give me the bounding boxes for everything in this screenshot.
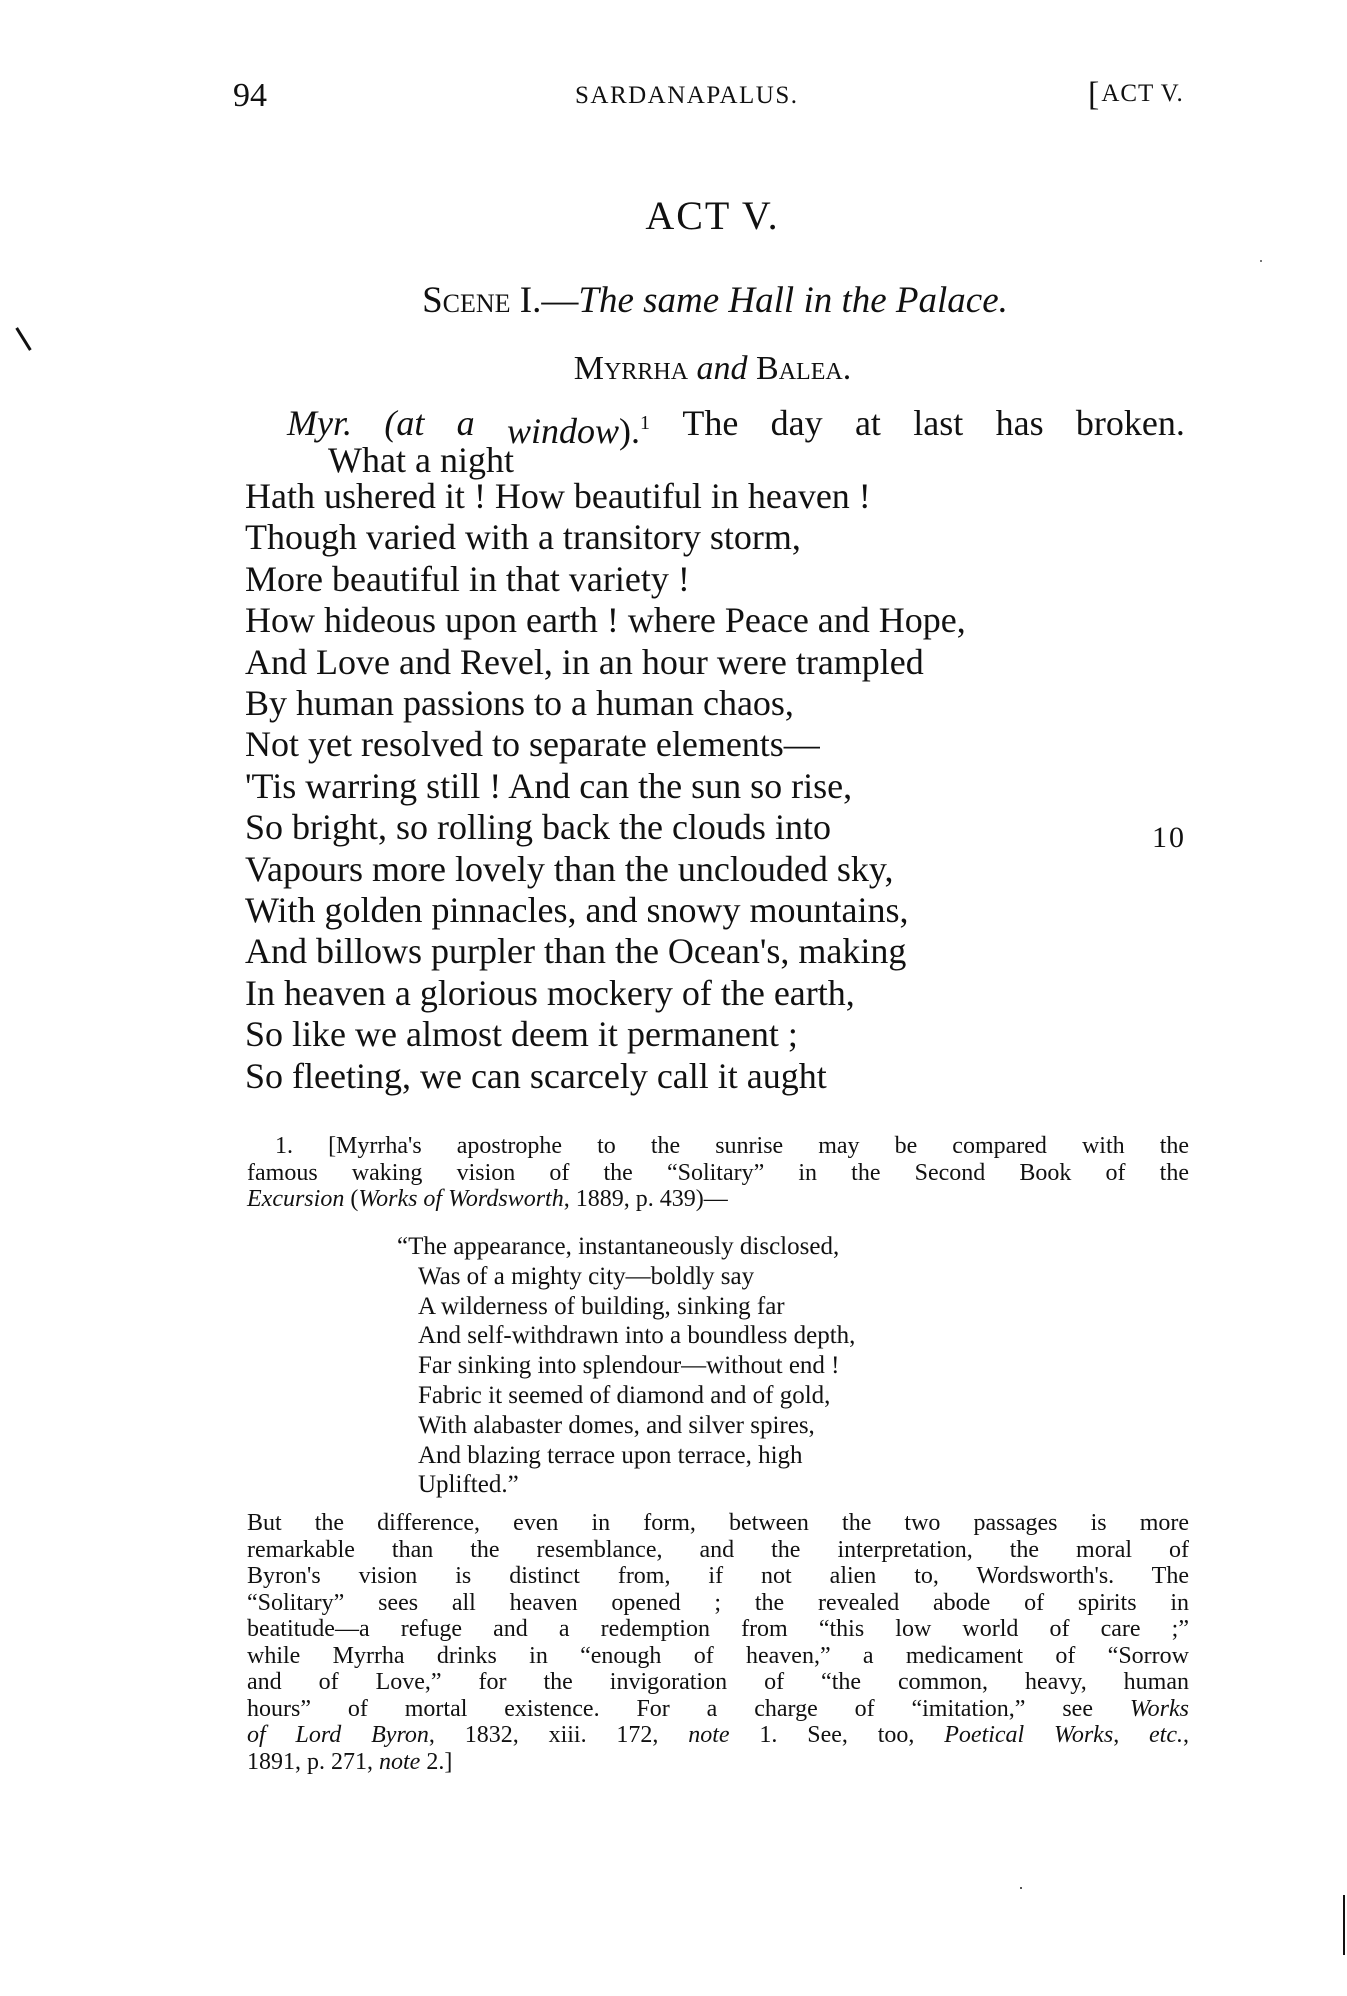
- footnote-number: 1.: [275, 1133, 293, 1159]
- verse-line: And billows purpler than the Ocean's, ma…: [245, 931, 906, 971]
- scene-label: Scene I.—: [422, 280, 578, 321]
- verse-word: has: [996, 403, 1044, 451]
- verse-word: day: [771, 403, 823, 451]
- page-number: 94: [233, 78, 267, 114]
- verse-line: In heaven a glorious mockery of the eart…: [245, 973, 855, 1013]
- line-number: 10: [1152, 818, 1186, 858]
- act-title: ACT V.: [0, 194, 1347, 238]
- verse-line: So fleeting, we can scarcely call it aug…: [245, 1056, 827, 1096]
- verse-line: Hath ushered it ! How beautiful in heave…: [245, 476, 871, 516]
- scan-speck: [1020, 1887, 1022, 1889]
- verse-line: And Love and Revel, in an hour were tram…: [245, 642, 924, 682]
- footnote-line: of Lord Byron, 1832, xiii. 172, note 1. …: [247, 1722, 1189, 1749]
- scene-setting: The same Hall in the Palace.: [578, 280, 1008, 321]
- footnote-line: while Myrrha drinks in “enough of heaven…: [247, 1643, 1189, 1670]
- characters-conjunction: and: [697, 350, 748, 387]
- verse-line: So like we almost deem it permanent ;: [245, 1014, 798, 1054]
- verse-line: How hideous upon earth ! where Peace and…: [245, 600, 966, 640]
- footnote-line: Byron's vision is distinct from, if not …: [247, 1563, 1189, 1590]
- footnote-quotation: “The appearance, instantaneously disclos…: [397, 1232, 855, 1500]
- verse-line: Vapours more lovely than the unclouded s…: [245, 849, 894, 889]
- quote-line: With alabaster domes, and silver spires,: [397, 1411, 855, 1441]
- verse-line: 'Tis warring still ! And can the sun so …: [245, 766, 852, 806]
- scan-edge-mark: [1343, 1895, 1345, 1955]
- scan-mark: [15, 327, 31, 351]
- scene-heading: Scene I.—The same Hall in the Palace.: [0, 280, 1347, 322]
- verse-line: Though varied with a transitory storm,: [245, 517, 801, 557]
- verse-line: More beautiful in that variety !: [245, 559, 690, 599]
- footnote-line: remarkable than the resemblance, and the…: [247, 1537, 1189, 1564]
- verse-line: By human passions to a human chaos,: [245, 683, 794, 723]
- running-act-label: ACT V.: [1101, 80, 1183, 107]
- characters-heading: Myrrha and Balea.: [0, 349, 1347, 389]
- footnote-reference[interactable]: 1: [640, 412, 650, 434]
- quote-line: Was of a mighty city—boldly say: [397, 1262, 855, 1292]
- footnote-line: beatitude—a refuge and a redemption from…: [247, 1616, 1189, 1643]
- verse-line: So bright, so rolling back the clouds in…: [245, 807, 831, 847]
- footnote-line: 1. [Myrrha's apostrophe to the sunrise m…: [247, 1133, 1189, 1160]
- quote-line: Uplifted.”: [397, 1470, 855, 1500]
- quote-line: Fabric it seemed of diamond and of gold,: [397, 1381, 855, 1411]
- quote-line: Far sinking into splendour—without end !: [397, 1351, 855, 1381]
- scan-speck: [1260, 260, 1262, 262]
- verse-word: The: [682, 403, 738, 451]
- character-balea: Balea.: [756, 350, 851, 387]
- verse-line: With golden pinnacles, and snowy mountai…: [245, 890, 908, 930]
- bracket: [: [1088, 76, 1100, 113]
- stage-direction-window: window).1: [507, 403, 650, 451]
- quote-line: And self-withdrawn into a boundless dept…: [397, 1321, 855, 1351]
- footnote-intro: 1. [Myrrha's apostrophe to the sunrise m…: [247, 1133, 1189, 1213]
- quote-line: A wilderness of building, sinking far: [397, 1292, 855, 1322]
- footnote-line: 1891, p. 271, note 2.]: [247, 1749, 1189, 1776]
- footnote-line: famous waking vision of the “Solitary” i…: [247, 1160, 1189, 1187]
- footnote-line: Excursion (Works of Wordsworth, 1889, p.…: [247, 1186, 1189, 1213]
- footnote-line: and of Love,” for the invigoration of “t…: [247, 1669, 1189, 1696]
- running-act-header: [ACT V.: [1088, 80, 1184, 109]
- running-title: SARDANAPALUS.: [575, 82, 799, 110]
- verse-word: last: [913, 403, 963, 451]
- verse-word: at: [855, 403, 881, 451]
- quote-line: And blazing terrace upon terrace, high: [397, 1441, 855, 1471]
- verse-word: broken.: [1076, 403, 1185, 451]
- verse-line: Not yet resolved to separate elements—: [245, 724, 820, 764]
- footnote-line: But the difference, even in form, betwee…: [247, 1510, 1189, 1537]
- footnote-line: hours” of mortal existence. For a charge…: [247, 1696, 1189, 1723]
- verse-line: What a night: [328, 440, 514, 480]
- footnote-line: “Solitary” sees all heaven opened ; the …: [247, 1590, 1189, 1617]
- quote-line: “The appearance, instantaneously disclos…: [397, 1232, 855, 1262]
- footnote-commentary: But the difference, even in form, betwee…: [247, 1510, 1189, 1775]
- character-myrrha: Myrrha: [574, 350, 688, 387]
